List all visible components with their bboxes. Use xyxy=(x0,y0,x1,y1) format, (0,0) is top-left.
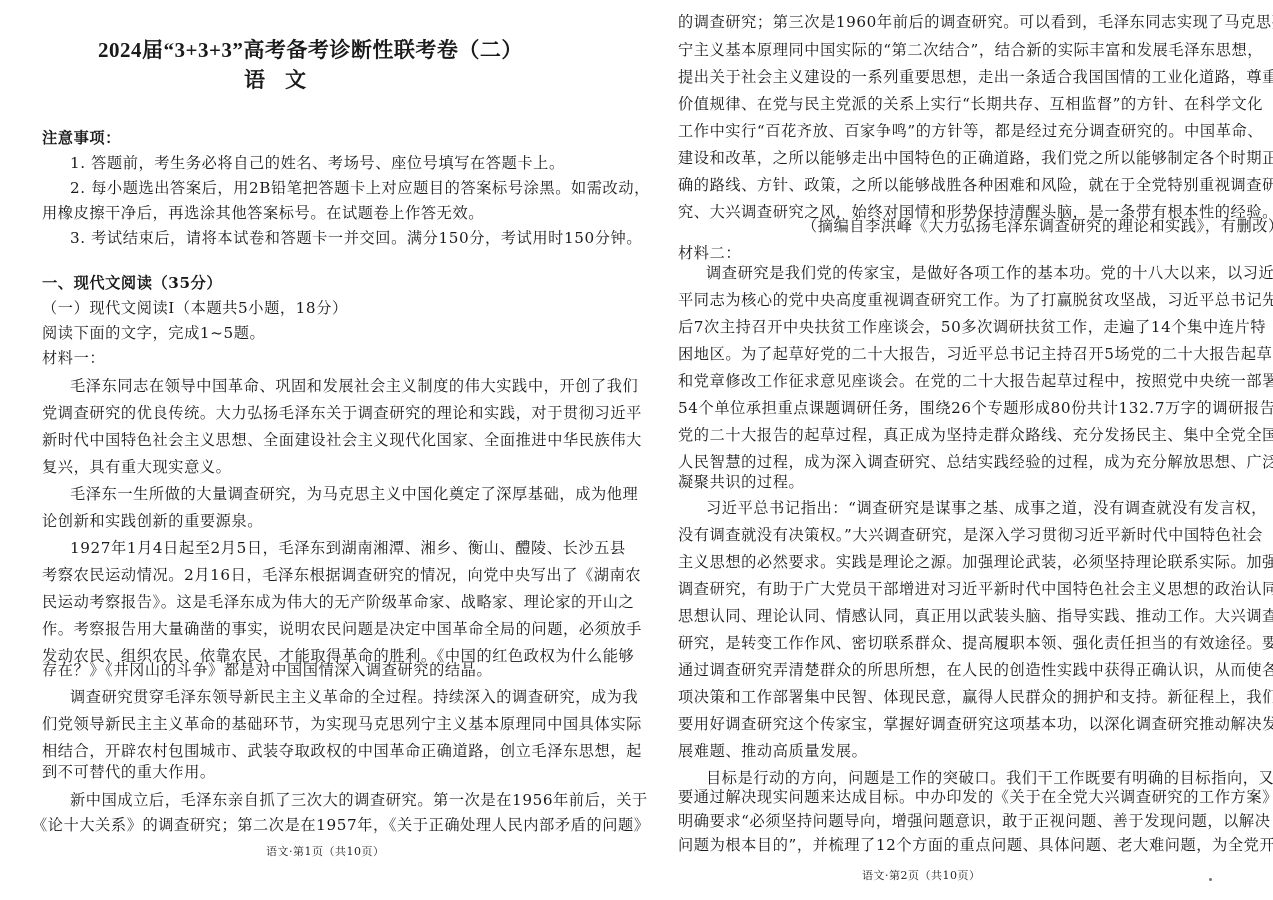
body-line: 通过调查研究弄清楚群众的所思所想，在人民的创造性实践中获得正确认识，从而使各 xyxy=(678,660,1273,680)
material-label: 材料一： xyxy=(42,348,105,368)
body-line: 工作中实行“百花齐放、百家争鸣”的方针等，都是经过充分调查研究的。中国革命、 xyxy=(678,121,1263,141)
note-item: 1. 答题前，考生务必将自己的姓名、考场号、座位号填写在答题卡上。 xyxy=(70,153,565,173)
material-label: 材料二： xyxy=(678,243,741,263)
reading-instruction: 阅读下面的文字，完成1~5题。 xyxy=(42,323,265,343)
body-line: 宁主义基本原理同中国实际的“第二次结合”，结合新的实际丰富和发展毛泽东思想， xyxy=(678,40,1263,60)
body-line: 平同志为核心的党中央高度重视调查研究工作。为了打赢脱贫攻坚战，习近平总书记先 xyxy=(678,290,1273,310)
body-line: 人民智慧的过程，成为深入调查研究、总结实践经验的过程，成为充分解放思想、广泛 xyxy=(678,452,1273,472)
body-line: 明确要求“必须坚持问题导向，增强问题意识，敢于正视问题、善于发现问题，以解决 xyxy=(678,811,1271,831)
exam-title: 2024届“3+3+3”高考备考诊断性联考卷（二） xyxy=(98,40,523,60)
body-line: 确的路线、方针、政策，之所以能够战胜各种困难和风险，就在于全党特别重视调查研 xyxy=(678,175,1273,195)
body-line: 考察农民运动情况。2月16日，毛泽东根据调查研究的情况，向党中央写出了《湖南农 xyxy=(42,565,641,585)
body-line: 们党领导新民主主义革命的基础环节，为实现马克思列宁主义基本原理同中国具体实际 xyxy=(42,714,642,734)
body-line: 研究，是转变工作作风、密切联系群众、提高履职本领、强化责任担当的有效途径。要 xyxy=(678,633,1273,653)
body-line: 调查研究是我们党的传家宝，是做好各项工作的基本功。党的十八大以来，以习近 xyxy=(706,263,1273,283)
body-line: 习近平总书记指出：“调查研究是谋事之基、成事之道，没有调查就没有发言权， xyxy=(706,498,1267,518)
body-line: 相结合，开辟农村包围城市、武装夺取政权的中国革命正确道路，创立毛泽东思想，起 xyxy=(42,741,642,761)
body-line: 要通过解决现实问题来达成目标。中办印发的《关于在全党大兴调查研究的工作方案》 xyxy=(678,787,1273,807)
body-line: 困地区。为了起草好党的二十大报告，习近平总书记主持召开5场党的二十大报告起草 xyxy=(678,344,1272,364)
body-line: 和党章修改工作征求意见座谈会。在党的二十大报告起草过程中，按照党中央统一部署， xyxy=(678,371,1273,391)
subsection-heading: （一）现代文阅读Ⅰ（本题共5小题，18分） xyxy=(42,298,348,318)
scan-artifact xyxy=(1209,878,1212,881)
body-line: 新中国成立后，毛泽东亲自抓了三次大的调查研究。第一次是在1956年前后，关于 xyxy=(70,790,648,810)
page-footer: 语文·第1页（共10页） xyxy=(266,842,385,862)
body-line: 价值规律、在党与民主党派的关系上实行“长期共存、互相监督”的方针、在科学文化 xyxy=(678,94,1263,114)
section-heading: 一、现代文阅读（35分） xyxy=(42,273,222,293)
body-line: 论创新和实践创新的重要源泉。 xyxy=(42,511,263,531)
body-line: 1927年1月4日起至2月5日，毛泽东到湖南湘潭、湘乡、衡山、醴陵、长沙五县 xyxy=(70,538,626,558)
body-line: 党调查研究的优良传统。大力弘扬毛泽东关于调查研究的理论和实践，对于贯彻习近平 xyxy=(42,403,642,423)
body-line: 目标是行动的方向，问题是工作的突破口。我们干工作既要有明确的目标指向，又 xyxy=(706,768,1273,788)
body-line: 调查研究贯穿毛泽东领导新民主主义革命的全过程。持续深入的调查研究，成为我 xyxy=(70,687,638,707)
body-line: 提出关于社会主义建设的一系列重要思想，走出一条适合我国国情的工业化道路，尊重 xyxy=(678,67,1273,87)
body-line: 作。考察报告用大量确凿的事实，说明农民问题是决定中国革命全局的问题，必须放手 xyxy=(42,619,642,639)
body-line: 毛泽东同志在领导中国革命、巩固和发展社会主义制度的伟大实践中，开创了我们 xyxy=(70,376,638,396)
exam-page-1: 2024届“3+3+3”高考备考诊断性联考卷（二） 语文 注意事项： 1. 答题… xyxy=(0,0,640,900)
body-line: 的调查研究；第三次是1960年前后的调查研究。可以看到，毛泽东同志实现了马克思列 xyxy=(678,12,1273,32)
subject-title: 语文 xyxy=(244,70,326,90)
body-line: 问题为根本目的”，并梳理了12个方面的重点问题、具体问题、老大难问题，为全党开 xyxy=(678,835,1273,855)
body-line: 《论十大关系》的调查研究；第二次是在1957年，《关于正确处理人民内部矛盾的问题… xyxy=(32,815,650,835)
body-line: 存在？》《井冈山的斗争》都是对中国国情深入调查研究的结晶。 xyxy=(42,660,492,680)
body-line: 复兴，具有重大现实意义。 xyxy=(42,457,231,477)
body-line: 党的二十大报告的起草过程，真正成为坚持走群众路线、充分发扬民主、集中全党全国 xyxy=(678,425,1273,445)
exam-page-2: 的调查研究；第三次是1960年前后的调查研究。可以看到，毛泽东同志实现了马克思列… xyxy=(640,0,1273,900)
note-item: 用橡皮擦干净后，再选涂其他答案标号。在试题卷上作答无效。 xyxy=(42,203,484,223)
body-line: 项决策和工作部署集中民智、体现民意，赢得人民群众的拥护和支持。新征程上，我们 xyxy=(678,687,1273,707)
body-line: 到不可替代的重大作用。 xyxy=(42,762,216,782)
body-line: 凝聚共识的过程。 xyxy=(678,472,804,492)
body-line: 思想认同、理论认同、情感认同，真正用以武装头脑、指导实践、推动工作。大兴调查 xyxy=(678,606,1273,626)
body-line: 毛泽东一生所做的大量调查研究，为马克思主义中国化奠定了深厚基础，成为他理 xyxy=(70,484,638,504)
body-line: 调查研究，有助于广大党员干部增进对习近平新时代中国特色社会主义思想的政治认同、 xyxy=(678,579,1273,599)
note-item: 2. 每小题选出答案后，用2B铅笔把答题卡上对应题目的答案标号涂黑。如需改动， xyxy=(70,178,650,198)
body-line: 新时代中国特色社会主义思想、全面建设社会主义现代化国家、全面推进中华民族伟大 xyxy=(42,430,642,450)
body-line: 54个单位承担重点课题调研任务，围绕26个专题形成80份共计132.7万字的调研… xyxy=(678,398,1273,418)
body-line: 主义思想的必然要求。实践是理论之源。加强理论武装，必须坚持理论联系实际。加强 xyxy=(678,552,1273,572)
body-line: 要用好调查研究这个传家宝，掌握好调查研究这项基本功，以深化调查研究推动解决发 xyxy=(678,714,1273,734)
body-line: 建设和改革，之所以能够走出中国特色的正确道路，我们党之所以能够制定各个时期正 xyxy=(678,148,1273,168)
note-item: 3. 考试结束后，请将本试卷和答题卡一并交回。满分150分，考试用时150分钟。 xyxy=(70,228,642,248)
source-citation: （摘编自李洪峰《大力弘扬毛泽东调查研究的理论和实践》，有删改） xyxy=(802,216,1273,236)
body-line: 民运动考察报告》。这是毛泽东成为伟大的无产阶级革命家、战略家、理论家的开山之 xyxy=(42,592,634,612)
body-line: 没有调查就没有决策权。”大兴调查研究，是深入学习贯彻习近平新时代中国特色社会 xyxy=(678,525,1263,545)
body-line: 展难题、推动高质量发展。 xyxy=(678,741,867,761)
body-line: 后7次主持召开中央扶贫工作座谈会，50多次调研扶贫工作，走遍了14个集中连片特 xyxy=(678,317,1266,337)
notes-heading: 注意事项： xyxy=(42,128,121,148)
page-footer: 语文·第2页（共10页） xyxy=(862,866,981,886)
